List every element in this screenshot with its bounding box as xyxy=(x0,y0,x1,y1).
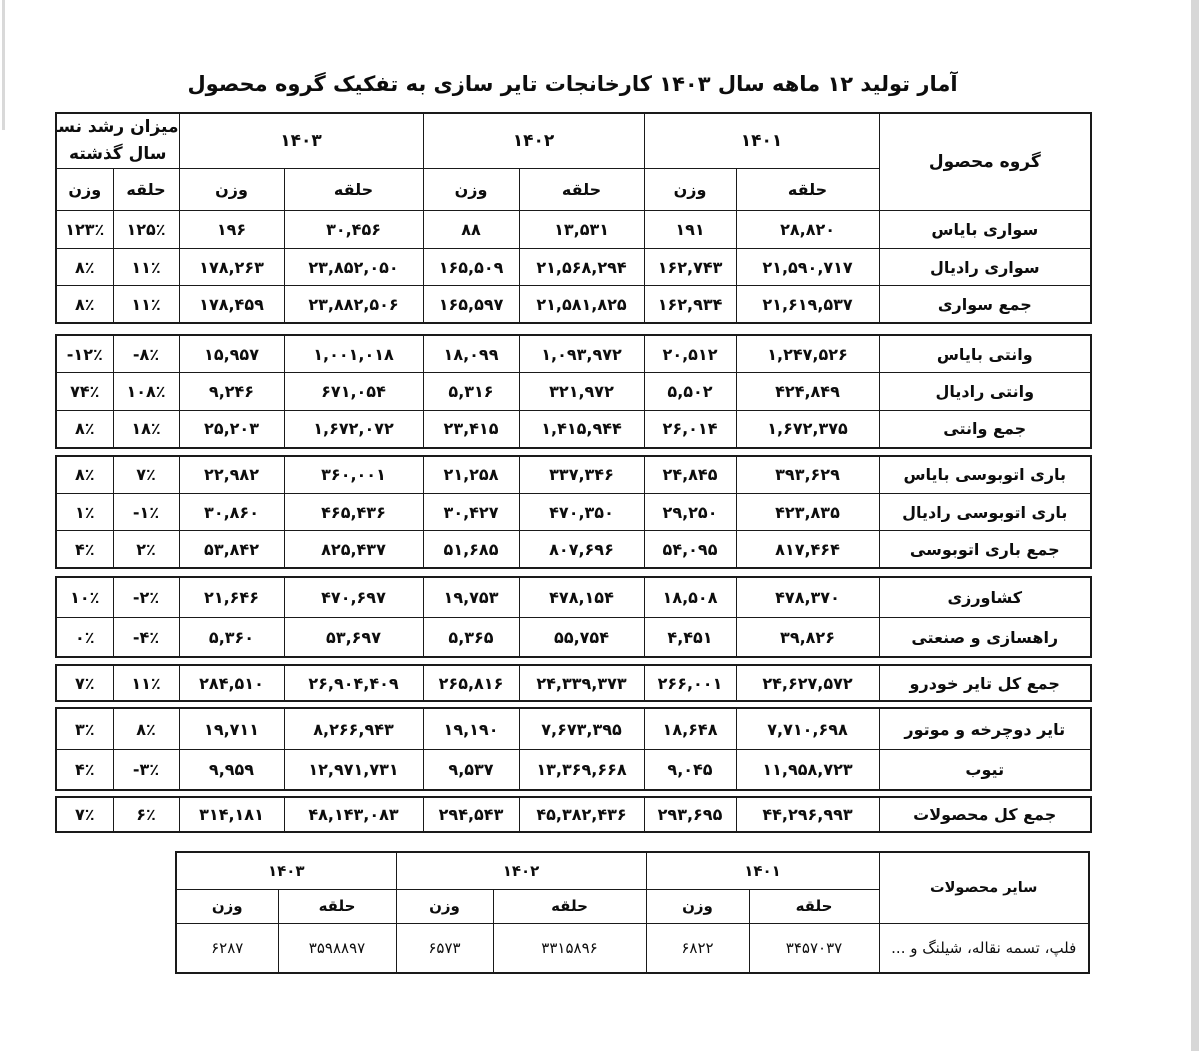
growth-cell: ۷٪ xyxy=(56,665,113,701)
table-row: تایر دوچرخه و موتور۷,۷۱۰,۶۹۸۱۸,۶۴۸۷,۶۷۳,… xyxy=(56,708,1091,749)
production-table: گروه محصول ۱۴۰۱ ۱۴۰۲ ۱۴۰۳ میزان رشد نسبت… xyxy=(55,112,1090,833)
row-label: باری اتوبوسی بایاس xyxy=(879,456,1091,494)
year-header-1401: ۱۴۰۱ xyxy=(644,113,879,169)
weight-header: وزن xyxy=(176,889,278,923)
growth-cell: ۷۴٪ xyxy=(56,373,113,411)
value-cell: ۸۲۵,۴۳۷ xyxy=(284,531,423,569)
growth-header: میزان رشد نسبت بهسال گذشته xyxy=(56,113,179,169)
value-cell: ۶۸۲۲ xyxy=(646,923,749,973)
value-cell: ۵۴,۰۹۵ xyxy=(644,531,736,569)
value-cell: ۲۴,۶۲۷,۵۷۲ xyxy=(736,665,879,701)
row-label: جمع کل تایر خودرو xyxy=(879,665,1091,701)
growth-cell: ۸٪ xyxy=(113,708,179,749)
value-cell: ۲۹,۲۵۰ xyxy=(644,493,736,531)
value-cell: ۹,۰۴۵ xyxy=(644,749,736,790)
value-cell: ۵,۵۰۲ xyxy=(644,373,736,411)
value-cell: ۳۹,۸۲۶ xyxy=(736,617,879,657)
value-cell: ۱۲,۹۷۱,۷۳۱ xyxy=(284,749,423,790)
value-cell: ۵,۳۶۰ xyxy=(179,617,284,657)
value-cell: ۱۹,۷۵۳ xyxy=(423,577,519,617)
value-cell: ۲۰,۵۱۲ xyxy=(644,335,736,373)
weight-header: وزن xyxy=(646,889,749,923)
header-row-years: گروه محصول ۱۴۰۱ ۱۴۰۲ ۱۴۰۳ میزان رشد نسبت… xyxy=(56,113,1091,169)
header-row-years: سایر محصولات ۱۴۰۱ ۱۴۰۲ ۱۴۰۳ xyxy=(176,852,1089,889)
table-row: فلپ، تسمه نقاله، شیلنگ و ... ۳۴۵۷۰۳۷ ۶۸۲… xyxy=(176,923,1089,973)
table-row: وانتی بایاس۱,۲۴۷,۵۲۶۲۰,۵۱۲۱,۰۹۳,۹۷۲۱۸,۰۹… xyxy=(56,335,1091,373)
weight-header: وزن xyxy=(179,169,284,211)
value-cell: ۸۰۷,۶۹۶ xyxy=(519,531,644,569)
value-cell: ۱۶۲,۷۴۳ xyxy=(644,248,736,286)
year-header-1403: ۱۴۰۳ xyxy=(176,852,396,889)
growth-cell: ۷٪ xyxy=(56,797,113,832)
table-group-total-vehicle-tires: جمع کل تایر خودرو۲۴,۶۲۷,۵۷۲۲۶۶,۰۰۱۲۴,۳۳۹… xyxy=(55,664,1092,702)
growth-cell: ۸٪ xyxy=(56,456,113,494)
value-cell: ۱۱,۹۵۸,۷۲۳ xyxy=(736,749,879,790)
growth-cell: ۱۲۳٪ xyxy=(56,211,113,249)
value-cell: ۲۳,۸۵۲,۰۵۰ xyxy=(284,248,423,286)
value-cell: ۱,۴۱۵,۹۴۴ xyxy=(519,410,644,448)
year-header-1401: ۱۴۰۱ xyxy=(646,852,879,889)
table-row: جمع وانتی۱,۶۷۲,۳۷۵۲۶,۰۱۴۱,۴۱۵,۹۴۴۲۳,۴۱۵۱… xyxy=(56,410,1091,448)
value-cell: ۶۷۱,۰۵۴ xyxy=(284,373,423,411)
value-cell: ۱۶۲,۹۳۴ xyxy=(644,286,736,324)
growth-cell: ۱۲۵٪ xyxy=(113,211,179,249)
value-cell: ۱۸,۰۹۹ xyxy=(423,335,519,373)
growth-cell: ۸٪ xyxy=(56,410,113,448)
row-label: کشاورزی xyxy=(879,577,1091,617)
value-cell: ۵,۳۶۵ xyxy=(423,617,519,657)
year-header-1402: ۱۴۰۲ xyxy=(423,113,644,169)
value-cell: ۲۱,۲۵۸ xyxy=(423,456,519,494)
value-cell: ۳۹۳,۶۲۹ xyxy=(736,456,879,494)
ring-header: حلقه xyxy=(284,169,423,211)
table-row: جمع باری اتوبوسی۸۱۷,۴۶۴۵۴,۰۹۵۸۰۷,۶۹۶۵۱,۶… xyxy=(56,531,1091,569)
growth-cell: ۸٪ xyxy=(56,286,113,324)
table-row: جمع کل تایر خودرو۲۴,۶۲۷,۵۷۲۲۶۶,۰۰۱۲۴,۳۳۹… xyxy=(56,665,1091,701)
growth-cell: ۱۸٪ xyxy=(113,410,179,448)
growth-cell: -۲٪ xyxy=(113,577,179,617)
product-group-header: گروه محصول xyxy=(879,113,1091,211)
weight-header: وزن xyxy=(56,169,113,211)
value-cell: ۴۲۳,۸۳۵ xyxy=(736,493,879,531)
value-cell: ۴۸,۱۴۳,۰۸۳ xyxy=(284,797,423,832)
row-label: تایر دوچرخه و موتور xyxy=(879,708,1091,749)
ring-header: حلقه xyxy=(749,889,879,923)
table-row: سواری بایاس۲۸,۸۲۰۱۹۱۱۳,۵۳۱۸۸۳۰,۴۵۶۱۹۶۱۲۵… xyxy=(56,211,1091,249)
row-label: جمع وانتی xyxy=(879,410,1091,448)
value-cell: ۲۱,۶۴۶ xyxy=(179,577,284,617)
value-cell: ۱,۲۴۷,۵۲۶ xyxy=(736,335,879,373)
value-cell: ۲۶۶,۰۰۱ xyxy=(644,665,736,701)
row-label: باری اتوبوسی رادیال xyxy=(879,493,1091,531)
other-products-header: سایر محصولات xyxy=(879,852,1089,923)
value-cell: ۵۳,۸۴۲ xyxy=(179,531,284,569)
value-cell: ۲۶,۹۰۴,۴۰۹ xyxy=(284,665,423,701)
row-label: وانتی رادیال xyxy=(879,373,1091,411)
document-page: آمار تولید ۱۲ ماهه سال ۱۴۰۳ کارخانجات تا… xyxy=(0,0,1199,1051)
growth-cell: ۱٪ xyxy=(56,493,113,531)
value-cell: ۲۱,۶۱۹,۵۳۷ xyxy=(736,286,879,324)
value-cell: ۲۳,۴۱۵ xyxy=(423,410,519,448)
row-label: سواری بایاس xyxy=(879,211,1091,249)
value-cell: ۲۲,۹۸۲ xyxy=(179,456,284,494)
value-cell: ۲۶,۰۱۴ xyxy=(644,410,736,448)
value-cell: ۱,۶۷۲,۳۷۵ xyxy=(736,410,879,448)
other-products-table: سایر محصولات ۱۴۰۱ ۱۴۰۲ ۱۴۰۳ حلقه وزن حلق… xyxy=(175,851,1088,974)
value-cell: ۱۵,۹۵۷ xyxy=(179,335,284,373)
value-cell: ۲۹۴,۵۴۳ xyxy=(423,797,519,832)
value-cell: ۳۶۰,۰۰۱ xyxy=(284,456,423,494)
row-label: راهسازی و صنعتی xyxy=(879,617,1091,657)
value-cell: ۱,۶۷۲,۰۷۲ xyxy=(284,410,423,448)
growth-cell: -۱۲٪ xyxy=(56,335,113,373)
value-cell: ۵,۳۱۶ xyxy=(423,373,519,411)
value-cell: ۱,۰۹۳,۹۷۲ xyxy=(519,335,644,373)
value-cell: ۶۲۸۷ xyxy=(176,923,278,973)
growth-cell: ۱۱٪ xyxy=(113,665,179,701)
row-label: جمع سواری xyxy=(879,286,1091,324)
row-label: تیوب xyxy=(879,749,1091,790)
value-cell: ۷,۷۱۰,۶۹۸ xyxy=(736,708,879,749)
growth-cell: ۲٪ xyxy=(113,531,179,569)
table-row: راهسازی و صنعتی۳۹,۸۲۶۴,۴۵۱۵۵,۷۵۴۵,۳۶۵۵۳,… xyxy=(56,617,1091,657)
growth-header-line2: سال گذشته xyxy=(69,144,166,164)
value-cell: ۳۲۱,۹۷۲ xyxy=(519,373,644,411)
value-cell: ۲۱,۵۸۱,۸۲۵ xyxy=(519,286,644,324)
table-group-passenger: گروه محصول ۱۴۰۱ ۱۴۰۲ ۱۴۰۳ میزان رشد نسبت… xyxy=(55,112,1092,324)
value-cell: ۱,۰۰۱,۰۱۸ xyxy=(284,335,423,373)
growth-cell: ۴٪ xyxy=(56,749,113,790)
value-cell: ۸,۲۶۶,۹۴۳ xyxy=(284,708,423,749)
table-row: وانتی رادیال۴۲۴,۸۴۹۵,۵۰۲۳۲۱,۹۷۲۵,۳۱۶۶۷۱,… xyxy=(56,373,1091,411)
value-cell: ۴۷۰,۶۹۷ xyxy=(284,577,423,617)
value-cell: ۷,۶۷۳,۳۹۵ xyxy=(519,708,644,749)
value-cell: ۲۹۳,۶۹۵ xyxy=(644,797,736,832)
value-cell: ۸۱۷,۴۶۴ xyxy=(736,531,879,569)
other-products-grid: سایر محصولات ۱۴۰۱ ۱۴۰۲ ۱۴۰۳ حلقه وزن حلق… xyxy=(175,851,1090,974)
value-cell: ۲۱,۵۶۸,۲۹۴ xyxy=(519,248,644,286)
value-cell: ۹,۲۴۶ xyxy=(179,373,284,411)
value-cell: ۳۱۴,۱۸۱ xyxy=(179,797,284,832)
ring-header: حلقه xyxy=(736,169,879,211)
growth-cell: ۳٪ xyxy=(56,708,113,749)
row-label: جمع کل محصولات xyxy=(879,797,1091,832)
ring-header: حلقه xyxy=(493,889,646,923)
row-label: جمع باری اتوبوسی xyxy=(879,531,1091,569)
value-cell: ۲۸,۸۲۰ xyxy=(736,211,879,249)
table-row: باری اتوبوسی رادیال۴۲۳,۸۳۵۲۹,۲۵۰۴۷۰,۳۵۰۳… xyxy=(56,493,1091,531)
table-row: کشاورزی۴۷۸,۳۷۰۱۸,۵۰۸۴۷۸,۱۵۴۱۹,۷۵۳۴۷۰,۶۹۷… xyxy=(56,577,1091,617)
value-cell: ۲۳,۸۸۲,۵۰۶ xyxy=(284,286,423,324)
scan-edge-artifact-right xyxy=(1191,0,1199,1051)
value-cell: ۳۳۱۵۸۹۶ xyxy=(493,923,646,973)
row-label: وانتی بایاس xyxy=(879,335,1091,373)
value-cell: ۴۶۵,۴۳۶ xyxy=(284,493,423,531)
value-cell: ۱۳,۵۳۱ xyxy=(519,211,644,249)
value-cell: ۱۶۵,۵۰۹ xyxy=(423,248,519,286)
value-cell: ۱۹,۷۱۱ xyxy=(179,708,284,749)
row-label: فلپ، تسمه نقاله، شیلنگ و ... xyxy=(879,923,1089,973)
growth-cell: ۱۱٪ xyxy=(113,286,179,324)
table-row: سواری رادیال۲۱,۵۹۰,۷۱۷۱۶۲,۷۴۳۲۱,۵۶۸,۲۹۴۱… xyxy=(56,248,1091,286)
value-cell: ۵۵,۷۵۴ xyxy=(519,617,644,657)
table-group-bike-tube: تایر دوچرخه و موتور۷,۷۱۰,۶۹۸۱۸,۶۴۸۷,۶۷۳,… xyxy=(55,707,1092,791)
growth-cell: ۰٪ xyxy=(56,617,113,657)
growth-cell: ۱۰۸٪ xyxy=(113,373,179,411)
value-cell: ۱۷۸,۴۵۹ xyxy=(179,286,284,324)
ring-header: حلقه xyxy=(278,889,396,923)
weight-header: وزن xyxy=(423,169,519,211)
value-cell: ۶۵۷۳ xyxy=(396,923,493,973)
table-group-grand-total: جمع کل محصولات۴۴,۲۹۶,۹۹۳۲۹۳,۶۹۵۴۵,۳۸۲,۴۳… xyxy=(55,796,1092,833)
value-cell: ۱۳,۳۶۹,۶۶۸ xyxy=(519,749,644,790)
year-header-1403: ۱۴۰۳ xyxy=(179,113,423,169)
growth-cell: ۶٪ xyxy=(113,797,179,832)
table-row: جمع سواری۲۱,۶۱۹,۵۳۷۱۶۲,۹۳۴۲۱,۵۸۱,۸۲۵۱۶۵,… xyxy=(56,286,1091,324)
value-cell: ۲۴,۸۴۵ xyxy=(644,456,736,494)
growth-cell: ۱۰٪ xyxy=(56,577,113,617)
growth-cell: ۷٪ xyxy=(113,456,179,494)
growth-cell: -۱٪ xyxy=(113,493,179,531)
table-row: تیوب۱۱,۹۵۸,۷۲۳۹,۰۴۵۱۳,۳۶۹,۶۶۸۹,۵۳۷۱۲,۹۷۱… xyxy=(56,749,1091,790)
growth-cell: -۳٪ xyxy=(113,749,179,790)
value-cell: ۲۱,۵۹۰,۷۱۷ xyxy=(736,248,879,286)
weight-header: وزن xyxy=(396,889,493,923)
value-cell: ۴۷۸,۳۷۰ xyxy=(736,577,879,617)
value-cell: ۴۷۸,۱۵۴ xyxy=(519,577,644,617)
value-cell: ۱۸,۵۰۸ xyxy=(644,577,736,617)
value-cell: ۴۲۴,۸۴۹ xyxy=(736,373,879,411)
year-header-1402: ۱۴۰۲ xyxy=(396,852,646,889)
value-cell: ۱۸,۶۴۸ xyxy=(644,708,736,749)
value-cell: ۳۰,۴۵۶ xyxy=(284,211,423,249)
table-row: باری اتوبوسی بایاس۳۹۳,۶۲۹۲۴,۸۴۵۳۳۷,۳۴۶۲۱… xyxy=(56,456,1091,494)
growth-cell: ۱۱٪ xyxy=(113,248,179,286)
value-cell: ۲۴,۳۳۹,۳۷۳ xyxy=(519,665,644,701)
value-cell: ۸۸ xyxy=(423,211,519,249)
table-row: جمع کل محصولات۴۴,۲۹۶,۹۹۳۲۹۳,۶۹۵۴۵,۳۸۲,۴۳… xyxy=(56,797,1091,832)
value-cell: ۴۴,۲۹۶,۹۹۳ xyxy=(736,797,879,832)
value-cell: ۳۰,۴۲۷ xyxy=(423,493,519,531)
value-cell: ۱۶۵,۵۹۷ xyxy=(423,286,519,324)
value-cell: ۳۵۹۸۸۹۷ xyxy=(278,923,396,973)
value-cell: ۵۳,۶۹۷ xyxy=(284,617,423,657)
ring-header: حلقه xyxy=(113,169,179,211)
growth-header-line1: میزان رشد نسبت به xyxy=(56,117,179,137)
value-cell: ۱۷۸,۲۶۳ xyxy=(179,248,284,286)
value-cell: ۳۰,۸۶۰ xyxy=(179,493,284,531)
value-cell: ۱۹,۱۹۰ xyxy=(423,708,519,749)
value-cell: ۴,۴۵۱ xyxy=(644,617,736,657)
value-cell: ۹,۹۵۹ xyxy=(179,749,284,790)
value-cell: ۲۸۴,۵۱۰ xyxy=(179,665,284,701)
table-group-agri-industrial: کشاورزی۴۷۸,۳۷۰۱۸,۵۰۸۴۷۸,۱۵۴۱۹,۷۵۳۴۷۰,۶۹۷… xyxy=(55,576,1092,658)
value-cell: ۴۵,۳۸۲,۴۳۶ xyxy=(519,797,644,832)
value-cell: ۵۱,۶۸۵ xyxy=(423,531,519,569)
row-label: سواری رادیال xyxy=(879,248,1091,286)
growth-cell: ۸٪ xyxy=(56,248,113,286)
value-cell: ۳۳۷,۳۴۶ xyxy=(519,456,644,494)
value-cell: ۲۶۵,۸۱۶ xyxy=(423,665,519,701)
ring-header: حلقه xyxy=(519,169,644,211)
value-cell: ۳۴۵۷۰۳۷ xyxy=(749,923,879,973)
table-group-pickup: وانتی بایاس۱,۲۴۷,۵۲۶۲۰,۵۱۲۱,۰۹۳,۹۷۲۱۸,۰۹… xyxy=(55,334,1092,449)
scan-edge-artifact-left xyxy=(2,0,5,130)
value-cell: ۴۷۰,۳۵۰ xyxy=(519,493,644,531)
growth-cell: -۴٪ xyxy=(113,617,179,657)
value-cell: ۱۹۶ xyxy=(179,211,284,249)
value-cell: ۱۹۱ xyxy=(644,211,736,249)
table-group-truck-bus: باری اتوبوسی بایاس۳۹۳,۶۲۹۲۴,۸۴۵۳۳۷,۳۴۶۲۱… xyxy=(55,455,1092,570)
weight-header: وزن xyxy=(644,169,736,211)
page-title: آمار تولید ۱۲ ماهه سال ۱۴۰۳ کارخانجات تا… xyxy=(55,72,1090,96)
growth-cell: ۴٪ xyxy=(56,531,113,569)
value-cell: ۲۵,۲۰۳ xyxy=(179,410,284,448)
value-cell: ۹,۵۳۷ xyxy=(423,749,519,790)
growth-cell: -۸٪ xyxy=(113,335,179,373)
